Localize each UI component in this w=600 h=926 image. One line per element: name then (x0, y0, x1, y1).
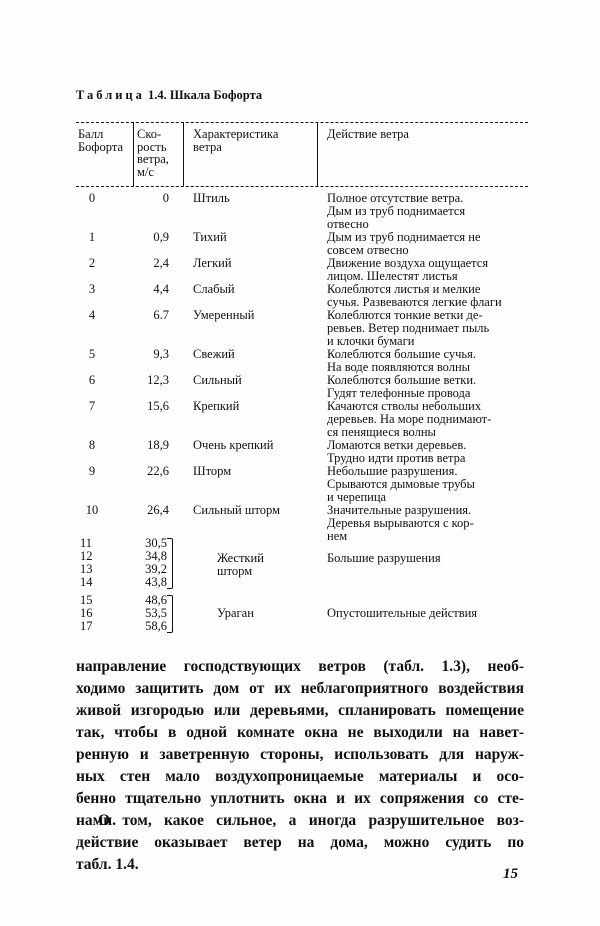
wind-speed: 22,6 (123, 465, 169, 478)
caption-title: Шкала Бофорта (170, 88, 262, 102)
wind-speed: 12,3 (123, 374, 169, 387)
table-top-rule (76, 122, 528, 123)
wind-effect: Значительные разрушения.Деревья вырывают… (327, 504, 532, 543)
wind-characteristic: Сильный (193, 374, 242, 387)
wind-effect: Ломаются ветки деревьев.Трудно идти прот… (327, 439, 532, 465)
wind-speed: 15,6 (123, 400, 169, 413)
header-text: ветра (193, 141, 278, 154)
wind-effect: Качаются стволы небольшихдеревьев. На мо… (327, 400, 532, 439)
group-characteristic: Ураган (217, 607, 254, 620)
text-line: табл. 1.4. (76, 854, 524, 876)
beaufort-number: 10 (80, 504, 104, 517)
text-line: направление господствующих ветров (табл.… (76, 656, 524, 678)
wind-effect: Колеблются большие сучья.На воде появляю… (327, 348, 532, 374)
wind-characteristic: Крепкий (193, 400, 239, 413)
group-speed: 58,6 (133, 620, 167, 633)
wind-effect: Колеблются листья и мелкиесучья. Развева… (327, 283, 532, 309)
header-ball: Балл Бофорта (78, 128, 123, 153)
beaufort-number: 0 (80, 192, 104, 205)
wind-speed: 0 (123, 192, 169, 205)
wind-effect: Дым из труб поднимается несовсем отвесно (327, 231, 532, 257)
group-ball: 17 (80, 620, 93, 633)
header-text: Характеристика (193, 128, 278, 141)
group-characteristic: Жесткийшторм (217, 552, 264, 578)
paragraph-2: О том, какое сильное, а иногда разрушите… (76, 810, 524, 876)
header-text: Ско- (137, 128, 169, 141)
header-effect: Действие ветра (327, 128, 409, 141)
wind-speed: 9,3 (123, 348, 169, 361)
text-line: живой изгородью или деревьями, спланиров… (76, 700, 524, 722)
header-text: м/с (137, 166, 169, 179)
wind-characteristic: Сильный шторм (193, 504, 280, 517)
wind-speed: 4,4 (123, 283, 169, 296)
group-brace (167, 595, 173, 633)
characteristic-line: шторм (217, 565, 264, 578)
group-speed: 43,8 (133, 576, 167, 589)
beaufort-number: 6 (80, 374, 104, 387)
wind-speed: 2,4 (123, 257, 169, 270)
wind-characteristic: Очень крепкий (193, 439, 273, 452)
column-divider-1 (133, 122, 134, 186)
group-beaufort-numbers: 151617 (80, 594, 93, 633)
characteristic-line: Ураган (217, 607, 254, 620)
caption-label: Таблица (76, 88, 145, 102)
wind-characteristic: Свежий (193, 348, 235, 361)
wind-effect: Движение воздуха ощущаетсялицом. Шелестя… (327, 257, 532, 283)
text-line: ренную и завет­ренную стороны, использов… (76, 744, 524, 766)
beaufort-number: 7 (80, 400, 104, 413)
group-wind-speeds: 30,534,839,243,8 (133, 537, 167, 589)
wind-effect: Полное отсутствие ветра.Дым из труб подн… (327, 192, 532, 231)
text-line: так, чтобы в одной комнате окна не выход… (76, 722, 524, 744)
header-text: Бофорта (78, 141, 123, 154)
column-divider-3 (317, 122, 318, 186)
table-header-rule (76, 186, 528, 187)
page-number: 15 (503, 866, 518, 883)
text-line: действие оказывает ветер на дома, можно … (76, 832, 524, 854)
wind-effect: Колеблются большие ветки.Гудят телефонны… (327, 374, 532, 400)
beaufort-number: 4 (80, 309, 104, 322)
wind-speed: 0,9 (123, 231, 169, 244)
header-characteristic: Характеристика ветра (193, 128, 278, 153)
wind-effect: Колеблются тонкие ветки де-ревьев. Ветер… (327, 309, 532, 348)
header-text: Балл (78, 128, 123, 141)
group-wind-speeds: 48,653,558,6 (133, 594, 167, 633)
paragraph-1: направление господствующих ветров (табл.… (76, 656, 524, 832)
caption-number: 1.4. (148, 88, 167, 102)
beaufort-number: 3 (80, 283, 104, 296)
beaufort-number: 2 (80, 257, 104, 270)
beaufort-number: 1 (80, 231, 104, 244)
group-effect: Большие разрушения (327, 552, 441, 565)
group-brace (167, 538, 173, 589)
text-line: ходимо защитить дом от их неблагоприятно… (76, 678, 524, 700)
group-effect: Опустошительные действия (327, 607, 477, 620)
effect-line: Деревья вырываются с кор- (327, 517, 532, 530)
wind-characteristic: Тихий (193, 231, 227, 244)
effect-line: нем (327, 530, 532, 543)
table-caption: Таблица 1.4. Шкала Бофорта (76, 88, 262, 103)
wind-speed: 6.7 (123, 309, 169, 322)
header-text: Действие ветра (327, 128, 409, 141)
group-ball: 14 (80, 576, 93, 589)
text-line: О том, какое сильное, а иногда разрушите… (76, 810, 524, 832)
header-speed: Ско- рость ветра, м/с (137, 128, 169, 178)
wind-speed: 18,9 (123, 439, 169, 452)
wind-characteristic: Шторм (193, 465, 231, 478)
beaufort-number: 8 (80, 439, 104, 452)
header-text: ветра, (137, 153, 169, 166)
wind-speed: 26,4 (123, 504, 169, 517)
text-line: ных стен мало воздухопроницаемые материа… (76, 766, 524, 788)
text-line: бенно тщательно уплотнить окна и их сопр… (76, 788, 524, 810)
beaufort-number: 5 (80, 348, 104, 361)
group-beaufort-numbers: 11121314 (80, 537, 93, 589)
wind-characteristic: Умеренный (193, 309, 254, 322)
beaufort-number: 9 (80, 465, 104, 478)
wind-characteristic: Штиль (193, 192, 230, 205)
wind-characteristic: Слабый (193, 283, 235, 296)
column-divider-2 (183, 122, 184, 186)
wind-effect: Небольшие разрушения.Срываются дымовые т… (327, 465, 532, 504)
wind-characteristic: Легкий (193, 257, 232, 270)
